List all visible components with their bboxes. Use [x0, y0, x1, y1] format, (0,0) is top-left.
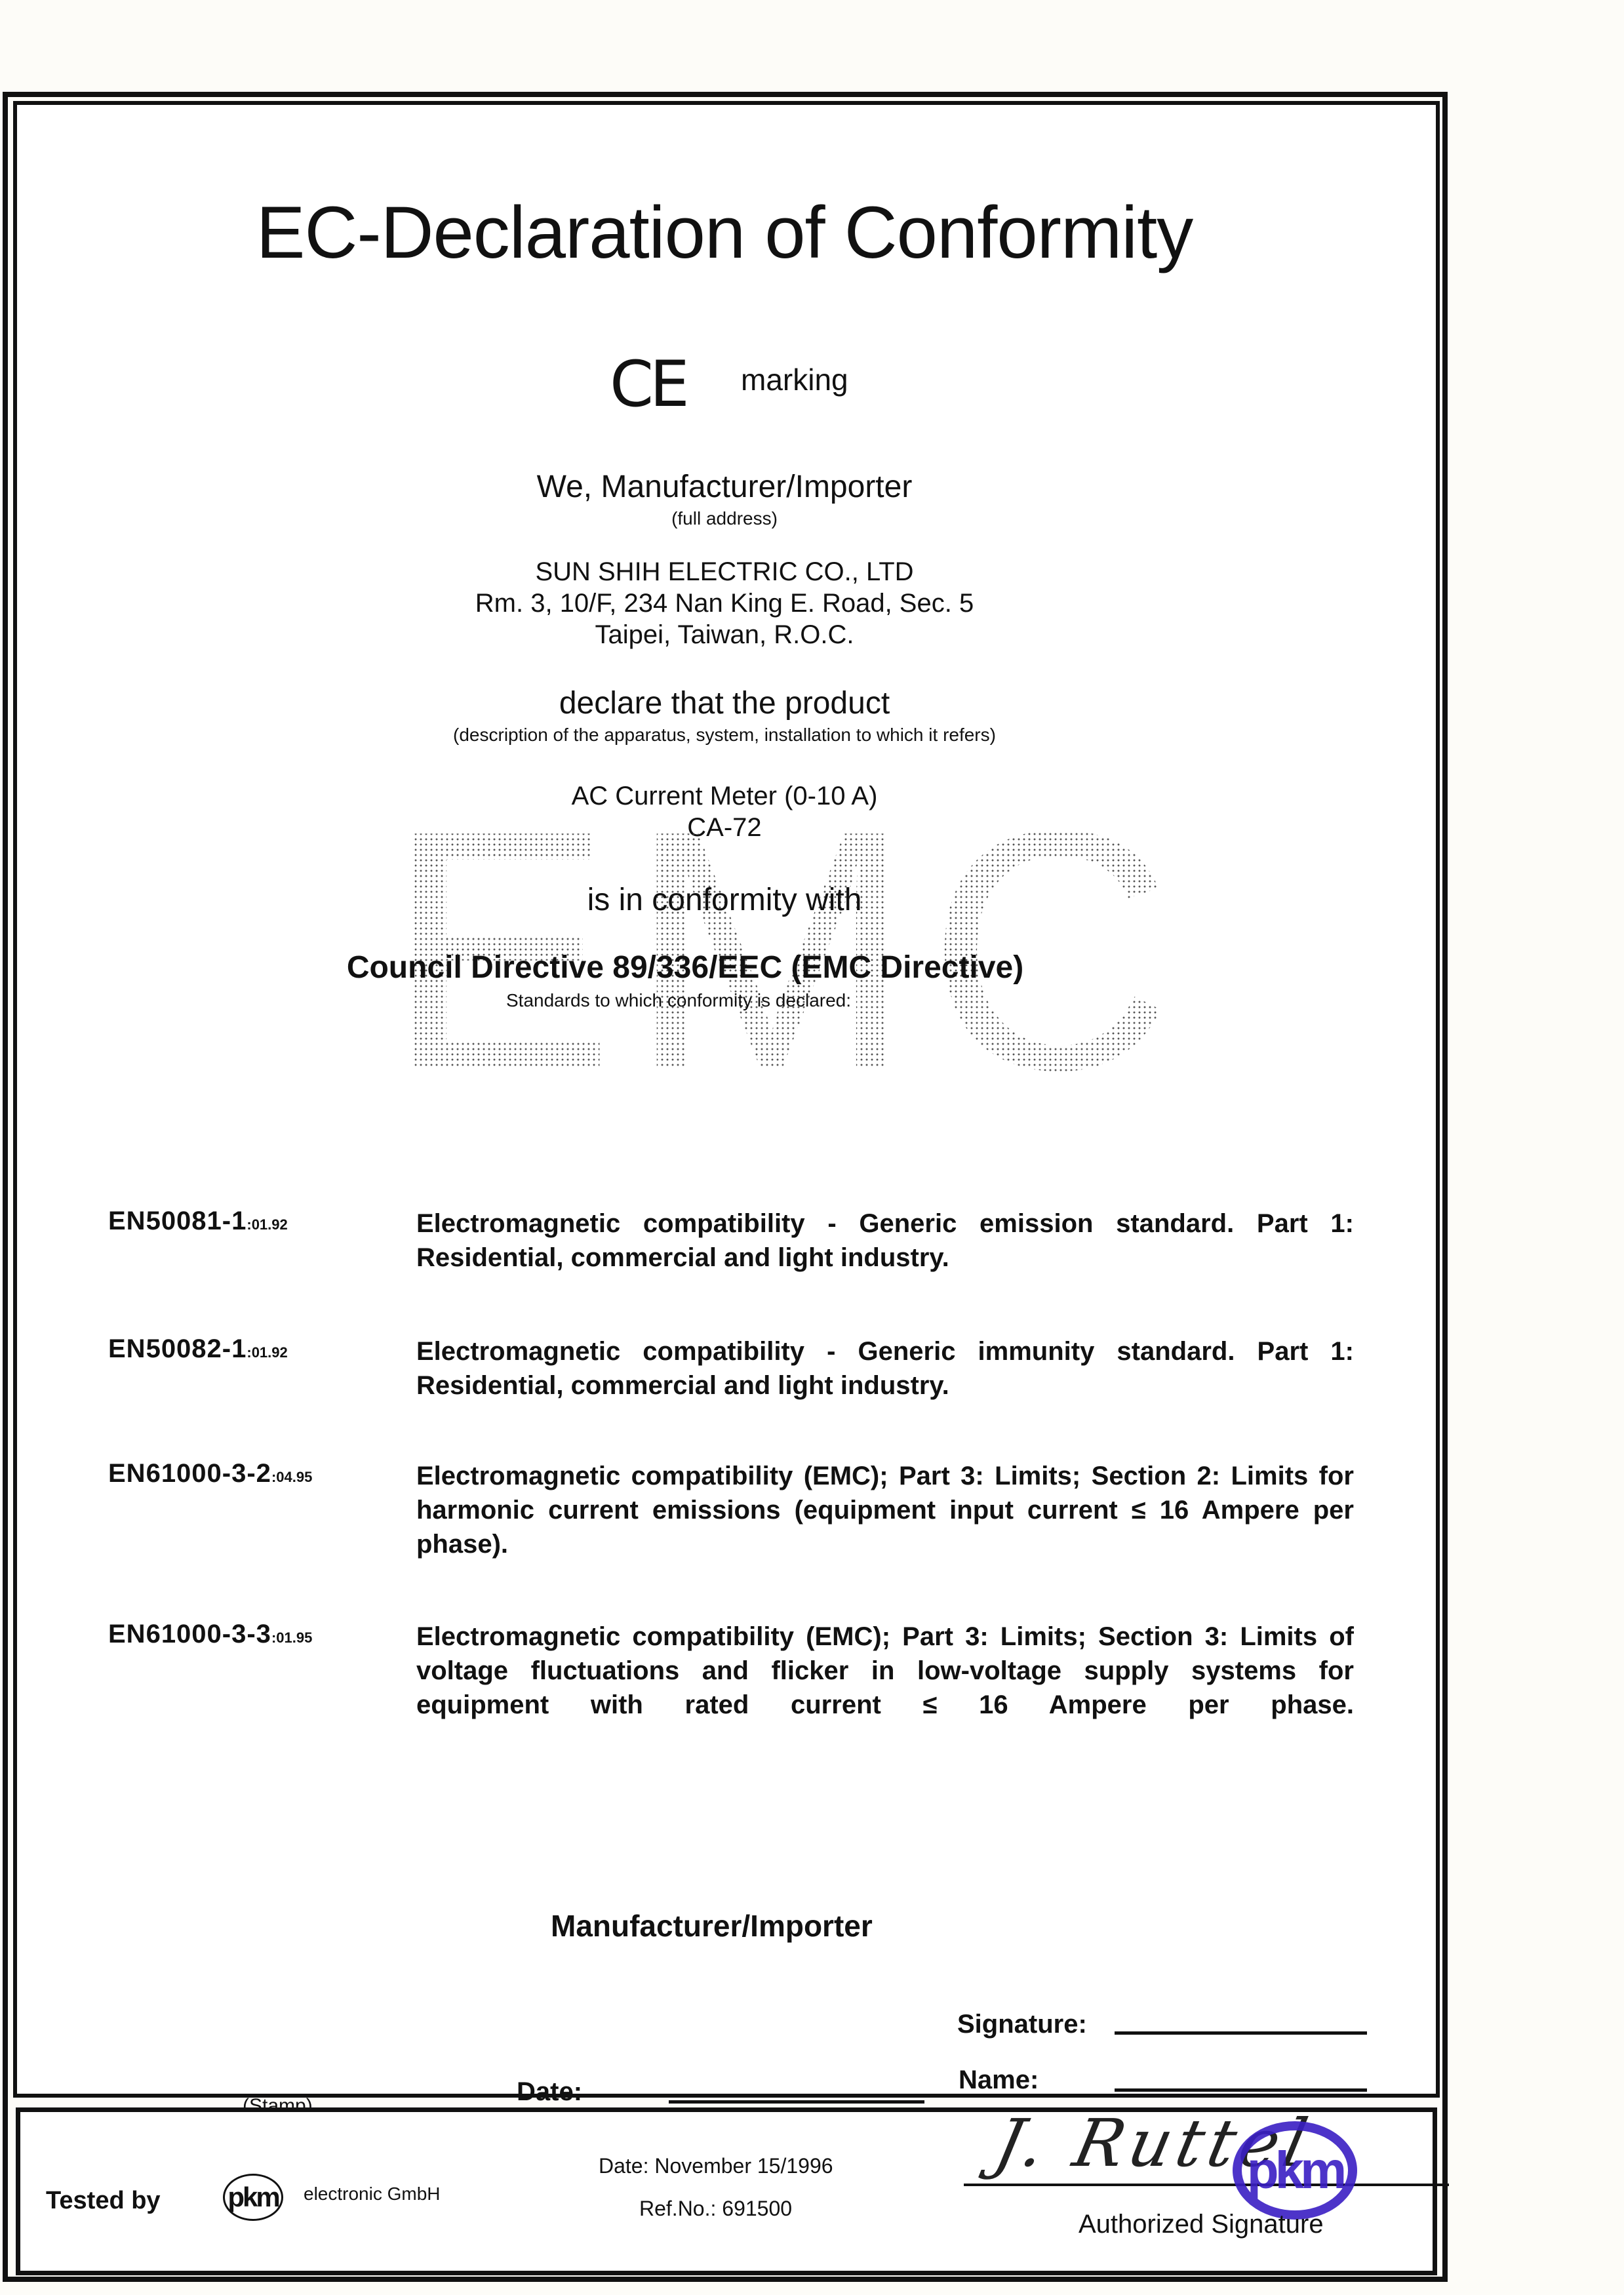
product-description-hint: (description of the apparatus, system, i…: [0, 725, 1449, 746]
lab-name: electronic GmbH: [304, 2184, 441, 2205]
date-label: Date:: [517, 2077, 582, 2107]
standard-description: Electromagnetic compatibility - Generic …: [416, 1334, 1354, 1403]
test-date: Date: November 15/1996: [599, 2154, 833, 2178]
signature-label: Signature:: [957, 2010, 1087, 2039]
signature-field[interactable]: [1115, 2031, 1367, 2035]
authorized-signature-line: [964, 2184, 1449, 2186]
name-label: Name:: [959, 2065, 1039, 2095]
standards-hint: Standards to which conformity is declare…: [0, 990, 1403, 1011]
directive: Council Directive 89/336/EEC (EMC Direct…: [0, 949, 1410, 986]
standard-code: EN61000-3-2:04.95: [108, 1459, 312, 1488]
tested-by-label: Tested by: [46, 2187, 161, 2215]
signoff-heading: Manufacturer/Importer: [551, 1908, 873, 1944]
standard-code: EN50082-1:01.92: [108, 1334, 288, 1364]
company-name: SUN SHIH ELECTRIC CO., LTD: [0, 556, 1449, 588]
full-address-hint: (full address): [0, 508, 1449, 529]
pkm-stamp-icon: pkm: [1233, 2121, 1357, 2220]
company-address-line-1: Rm. 3, 10/F, 234 Nan King E. Road, Sec. …: [0, 588, 1449, 619]
pkm-logo-icon: pkm: [223, 2174, 283, 2221]
manufacturer-heading: We, Manufacturer/Importer: [0, 469, 1449, 505]
authorized-signature-label: Authorized Signature: [1079, 2210, 1324, 2239]
marking-label: marking: [741, 362, 848, 397]
standard-description: Electromagnetic compatibility (EMC); Par…: [416, 1620, 1354, 1722]
standard-description: Electromagnetic compatibility - Generic …: [416, 1207, 1354, 1275]
reference-number: Ref.No.: 691500: [639, 2197, 792, 2221]
ce-mark-icon: CE: [610, 348, 686, 421]
declare-heading: declare that the product: [0, 685, 1449, 721]
conformity-text: is in conformity with: [0, 882, 1449, 918]
standard-code: EN61000-3-3:01.95: [108, 1620, 312, 1649]
standard-code: EN50081-1:01.92: [108, 1207, 288, 1236]
company-address-line-2: Taipei, Taiwan, R.O.C.: [0, 619, 1449, 650]
standard-description: Electromagnetic compatibility (EMC); Par…: [416, 1459, 1354, 1561]
date-field[interactable]: [669, 2100, 924, 2104]
ce-marking: CE marking: [610, 348, 686, 421]
name-field[interactable]: [1115, 2088, 1367, 2092]
document-title: EC-Declaration of Conformity: [0, 190, 1449, 275]
